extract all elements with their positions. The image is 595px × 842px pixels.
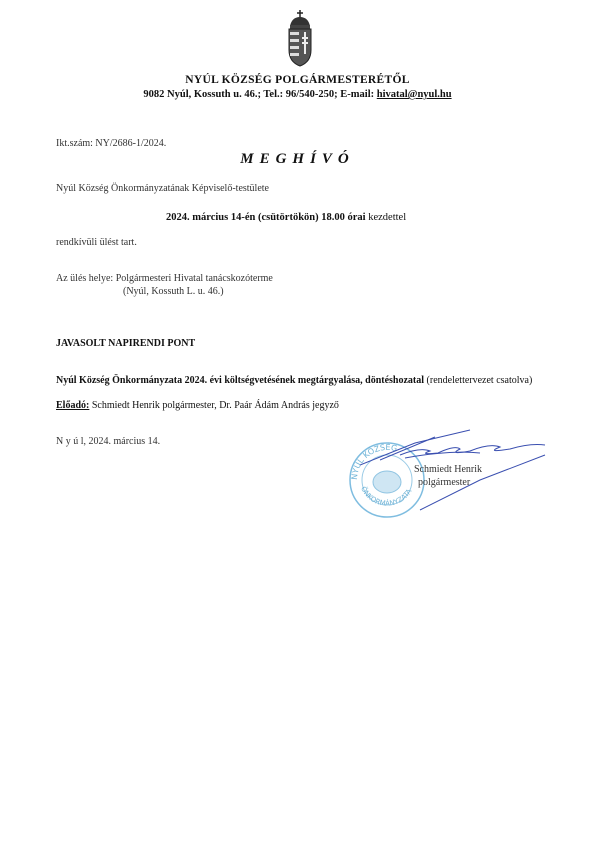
- signer-name: Schmiedt Henrik: [414, 464, 482, 475]
- venue-address: (Nyúl, Kossuth L. u. 46.): [123, 286, 224, 297]
- presenter-label: Előadó:: [56, 400, 89, 411]
- contact-text: 9082 Nyúl, Kossuth u. 46.; Tel.: 96/540-…: [143, 89, 376, 100]
- presenter-names: Schmiedt Henrik polgármester, Dr. Paár Á…: [89, 400, 339, 411]
- meeting-type: rendkívüli ülést tart.: [56, 237, 137, 248]
- meeting-datetime: 2024. március 14-én (csütörtökön) 18.00 …: [166, 212, 406, 223]
- email-link[interactable]: hivatal@nyul.hu: [377, 89, 452, 100]
- reference-number: Ikt.szám: NY/2686-1/2024.: [56, 138, 166, 149]
- agenda-item-title: Nyúl Község Önkormányzata 2024. évi költ…: [56, 375, 424, 386]
- agenda-item: Nyúl Község Önkormányzata 2024. évi költ…: [56, 375, 551, 387]
- organization-contact: 9082 Nyúl, Kossuth u. 46.; Tel.: 96/540-…: [0, 89, 595, 100]
- hungarian-coat-of-arms-icon: [286, 8, 314, 68]
- addressee: Nyúl Község Önkormányzatának Képviselő-t…: [56, 183, 269, 194]
- document-title: MEGHÍVÓ: [0, 151, 595, 168]
- venue-line: Az ülés helye: Polgármesteri Hivatal tan…: [56, 273, 273, 284]
- signer-title: polgármester: [418, 477, 470, 488]
- agenda-heading: JAVASOLT NAPIRENDI PONT: [56, 338, 195, 349]
- meeting-datetime-suffix: kezdettel: [368, 212, 406, 223]
- meeting-datetime-main: 2024. március 14-én (csütörtökön) 18.00 …: [166, 212, 368, 223]
- agenda-item-note: (rendelettervezet csatolva): [424, 375, 532, 386]
- agenda-presenter: Előadó: Schmiedt Henrik polgármester, Dr…: [56, 400, 339, 411]
- organization-title: NYÚL KÖZSÉG POLGÁRMESTERÉTŐL: [0, 74, 595, 86]
- place-and-date: N y ú l, 2024. március 14.: [56, 436, 160, 447]
